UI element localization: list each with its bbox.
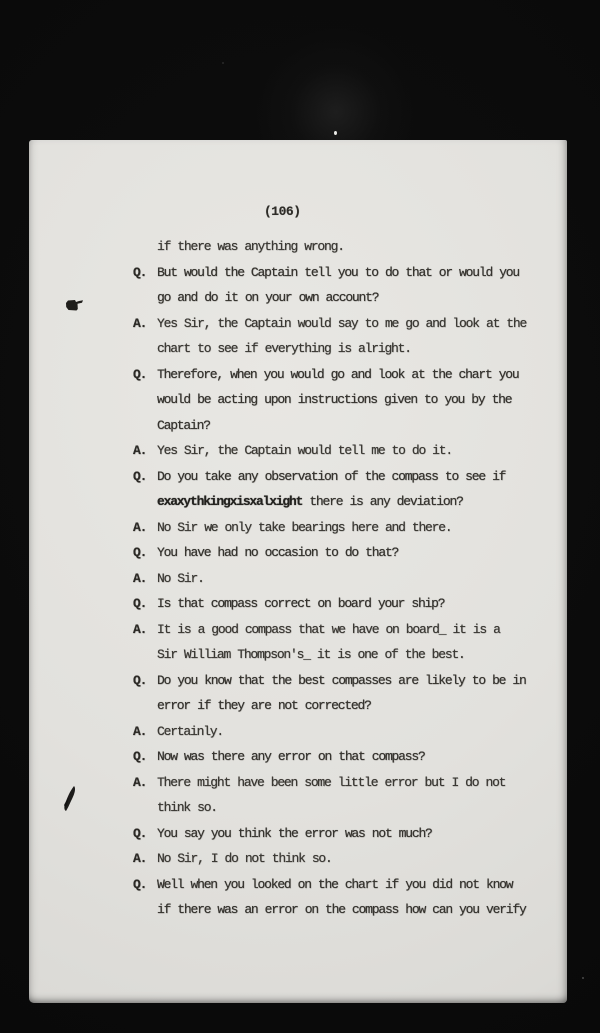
transcript-line: But would the Captain tell you to do tha… [157, 260, 519, 286]
transcript-line: Well when you looked on the chart if you… [157, 872, 519, 898]
transcript-line: chart to see if everything is alright. [157, 336, 519, 362]
transcript-entry: Q.But would the Captain tell you to do t… [157, 260, 519, 311]
transcript-line: if there was an error on the compass how… [157, 897, 519, 923]
transcript-entry: A.Yes Sir, the Captain would say to me g… [157, 311, 519, 362]
transcript-line: You say you think the error was not much… [157, 821, 519, 847]
speaker-label: Q. [133, 821, 146, 847]
transcript-entry: Q.Do you take any observation of the com… [157, 464, 519, 515]
transcript-entry: Q.Therefore, when you would go and look … [157, 362, 519, 439]
transcript-line: It is a good compass that we have on boa… [157, 617, 519, 643]
transcript-line: There might have been some little error … [157, 770, 519, 796]
speaker-label: A. [133, 770, 146, 796]
document-page: (106) if there was anything wrong.Q.But … [29, 140, 567, 1003]
speaker-label: A. [133, 719, 146, 745]
speaker-label: Q. [133, 872, 146, 898]
transcript-entry: A.No Sir. [157, 566, 519, 592]
transcript-line: You have had no occasion to do that? [157, 540, 519, 566]
transcript-line: No Sir we only take bearings here and th… [157, 515, 519, 541]
transcript-line: Yes Sir, the Captain would say to me go … [157, 311, 519, 337]
speaker-label: A. [133, 311, 146, 337]
transcript-entry: A.Certainly. [157, 719, 519, 745]
transcript-line: would be acting upon instructions given … [157, 387, 519, 413]
ink-blot-mark [65, 297, 84, 312]
transcript-line: exaxythkingxisxalxight there is any devi… [157, 489, 519, 515]
speaker-label: Q. [133, 668, 146, 694]
transcript-line: No Sir, I do not think so. [157, 846, 519, 872]
transcript-line: error if they are not corrected? [157, 693, 519, 719]
speaker-label: A. [133, 566, 146, 592]
transcript-entry: Q.Do you know that the best compasses ar… [157, 668, 519, 719]
transcript-entry: if there was anything wrong. [157, 234, 519, 260]
transcript-entry: Q.Is that compass correct on board your … [157, 591, 519, 617]
transcript-line: Sir William Thompson's_ it is one of the… [157, 642, 519, 668]
transcript-line: go and do it on your own account? [157, 285, 519, 311]
speaker-label: A. [133, 515, 146, 541]
transcript-entry: A.Yes Sir, the Captain would tell me to … [157, 438, 519, 464]
transcript-line: Yes Sir, the Captain would tell me to do… [157, 438, 519, 464]
speaker-label: Q. [133, 744, 146, 770]
transcript-entry: A.No Sir we only take bearings here and … [157, 515, 519, 541]
transcript-line: if there was anything wrong. [157, 234, 519, 260]
dust-speck [582, 977, 584, 979]
transcript-entry: A.It is a good compass that we have on b… [157, 617, 519, 668]
page-number: (106) [264, 204, 301, 219]
transcript-line: think so. [157, 795, 519, 821]
transcript-line: No Sir. [157, 566, 519, 592]
speaker-label: A. [133, 617, 146, 643]
speaker-label: Q. [133, 540, 146, 566]
ink-blot-mark [60, 785, 81, 812]
dust-speck [334, 131, 337, 135]
transcript-entry: A.There might have been some little erro… [157, 770, 519, 821]
transcript-line: Do you know that the best compasses are … [157, 668, 519, 694]
speaker-label: Q. [133, 591, 146, 617]
transcript-line: Now was there any error on that compass? [157, 744, 519, 770]
transcript-line: Is that compass correct on board your sh… [157, 591, 519, 617]
photo-background: (106) if there was anything wrong.Q.But … [0, 0, 600, 1033]
transcript-entry: A.No Sir, I do not think so. [157, 846, 519, 872]
transcript-entry: Q.You have had no occasion to do that? [157, 540, 519, 566]
transcript-entry: Q.Well when you looked on the chart if y… [157, 872, 519, 923]
text-segment: there is any deviation? [302, 494, 462, 509]
transcript-line: Certainly. [157, 719, 519, 745]
transcript-entry: Q.You say you think the error was not mu… [157, 821, 519, 847]
speaker-label: A. [133, 438, 146, 464]
transcript-line: Therefore, when you would go and look at… [157, 362, 519, 388]
transcript: if there was anything wrong.Q.But would … [157, 234, 519, 923]
speaker-label: Q. [133, 464, 146, 490]
dust-speck [222, 62, 224, 64]
speaker-label: A. [133, 846, 146, 872]
transcript-line: Captain? [157, 413, 519, 439]
transcript-line: Do you take any observation of the compa… [157, 464, 519, 490]
speaker-label: Q. [133, 362, 146, 388]
speaker-label: Q. [133, 260, 146, 286]
transcript-entry: Q.Now was there any error on that compas… [157, 744, 519, 770]
overstruck-text: exaxythkingxisxalxight [157, 494, 302, 509]
